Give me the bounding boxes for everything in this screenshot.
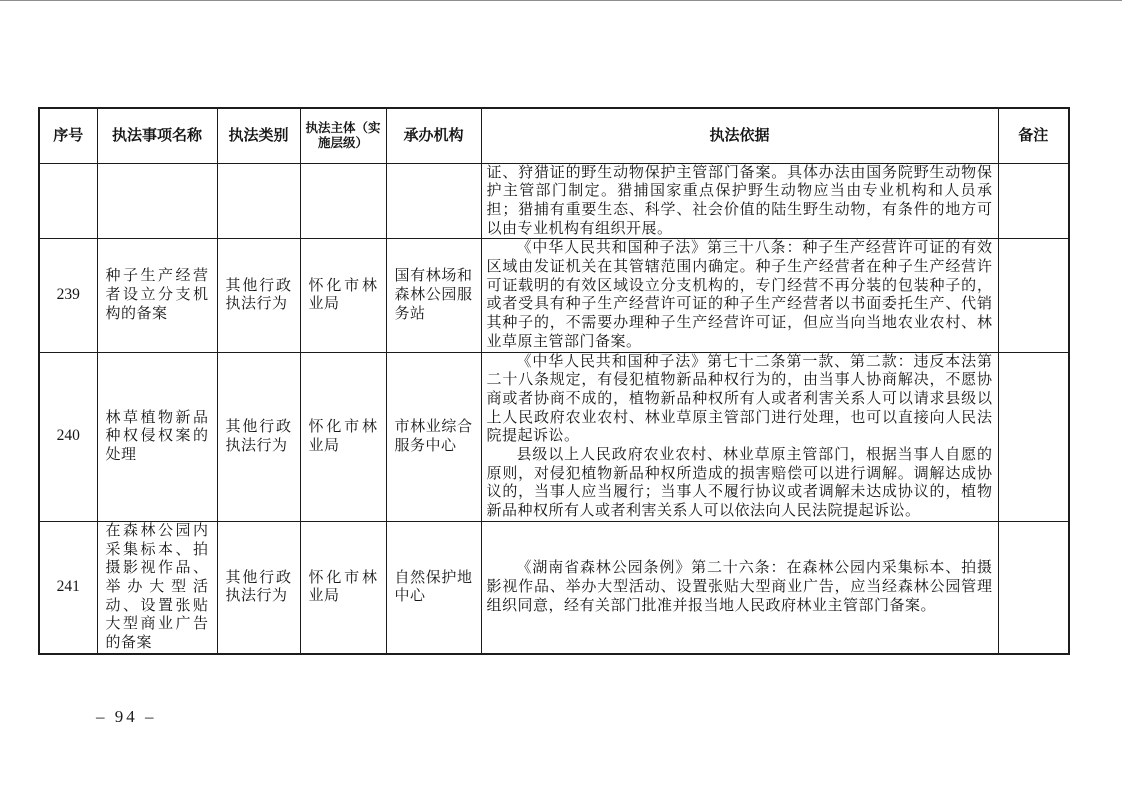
serial-cell: 240 [39, 352, 97, 521]
enforcement-items-table: 序号 执法事项名称 执法类别 执法主体（实施层级） 承办机构 执法依据 备注 证… [38, 107, 1070, 655]
column-header-serial: 序号 [39, 108, 97, 163]
item-name-cell [97, 163, 217, 239]
basis-cell: 《中华人民共和国种子法》第七十二条第一款、第二款：违反本法第二十八条规定，有侵犯… [481, 352, 998, 521]
subject-cell: 怀化市林业局 [300, 239, 386, 352]
column-header-item-name: 执法事项名称 [97, 108, 217, 163]
header-row: 序号 执法事项名称 执法类别 执法主体（实施层级） 承办机构 执法依据 备注 [39, 108, 1069, 163]
table-row: 241在森林公园内采集标本、拍摄影视作品、举办大型活动、设置张贴大型商业广告的备… [39, 521, 1069, 653]
remark-cell [998, 352, 1069, 521]
subject-cell: 怀化市林业局 [300, 521, 386, 653]
table-body: 证、狩猎证的野生动物保护主管部门备案。具体办法由国务院野生动物保护主管部门制定。… [39, 163, 1069, 654]
table-row: 239种子生产经营者设立分支机构的备案其他行政执法行为怀化市林业局国有林场和森林… [39, 239, 1069, 352]
basis-paragraph: 证、狩猎证的野生动物保护主管部门备案。具体办法由国务院野生动物保护主管部门制定。… [487, 164, 993, 239]
column-header-category: 执法类别 [217, 108, 300, 163]
serial-cell [39, 163, 97, 239]
serial-cell: 241 [39, 521, 97, 653]
serial-cell: 239 [39, 239, 97, 352]
basis-paragraph: 县级以上人民政府农业农村、林业草原主管部门，根据当事人自愿的原则，对侵犯植物新品… [487, 446, 993, 521]
subject-cell [300, 163, 386, 239]
organization-cell: 国有林场和森林公园服务站 [386, 239, 481, 352]
document-page: 序号 执法事项名称 执法类别 执法主体（实施层级） 承办机构 执法依据 备注 证… [0, 0, 1122, 793]
basis-paragraph: 《中华人民共和国种子法》第三十八条：种子生产经营许可证的有效区域由发证机关在其管… [487, 239, 993, 351]
organization-cell: 自然保护地中心 [386, 521, 481, 653]
organization-cell [386, 163, 481, 239]
remark-cell [998, 521, 1069, 653]
item-name-cell: 在森林公园内采集标本、拍摄影视作品、举办大型活动、设置张贴大型商业广告的备案 [97, 521, 217, 653]
table-row: 证、狩猎证的野生动物保护主管部门备案。具体办法由国务院野生动物保护主管部门制定。… [39, 163, 1069, 239]
category-cell: 其他行政执法行为 [217, 352, 300, 521]
category-cell: 其他行政执法行为 [217, 239, 300, 352]
organization-cell: 市林业综合服务中心 [386, 352, 481, 521]
page-number: – 94 – [96, 707, 157, 727]
item-name-cell: 林草植物新品种权侵权案的处理 [97, 352, 217, 521]
column-header-organization: 承办机构 [386, 108, 481, 163]
basis-paragraph: 《湖南省森林公园条例》第二十六条：在森林公园内采集标本、拍摄影视作品、举办大型活… [487, 559, 993, 615]
column-header-basis: 执法依据 [481, 108, 998, 163]
basis-cell: 证、狩猎证的野生动物保护主管部门备案。具体办法由国务院野生动物保护主管部门制定。… [481, 163, 998, 239]
category-cell [217, 163, 300, 239]
table-row: 240林草植物新品种权侵权案的处理其他行政执法行为怀化市林业局市林业综合服务中心… [39, 352, 1069, 521]
remark-cell [998, 239, 1069, 352]
basis-paragraph: 《中华人民共和国种子法》第七十二条第一款、第二款：违反本法第二十八条规定，有侵犯… [487, 353, 993, 447]
subject-cell: 怀化市林业局 [300, 352, 386, 521]
column-header-subject: 执法主体（实施层级） [300, 108, 386, 163]
item-name-cell: 种子生产经营者设立分支机构的备案 [97, 239, 217, 352]
category-cell: 其他行政执法行为 [217, 521, 300, 653]
column-header-remark: 备注 [998, 108, 1069, 163]
remark-cell [998, 163, 1069, 239]
basis-cell: 《湖南省森林公园条例》第二十六条：在森林公园内采集标本、拍摄影视作品、举办大型活… [481, 521, 998, 653]
basis-cell: 《中华人民共和国种子法》第三十八条：种子生产经营许可证的有效区域由发证机关在其管… [481, 239, 998, 352]
